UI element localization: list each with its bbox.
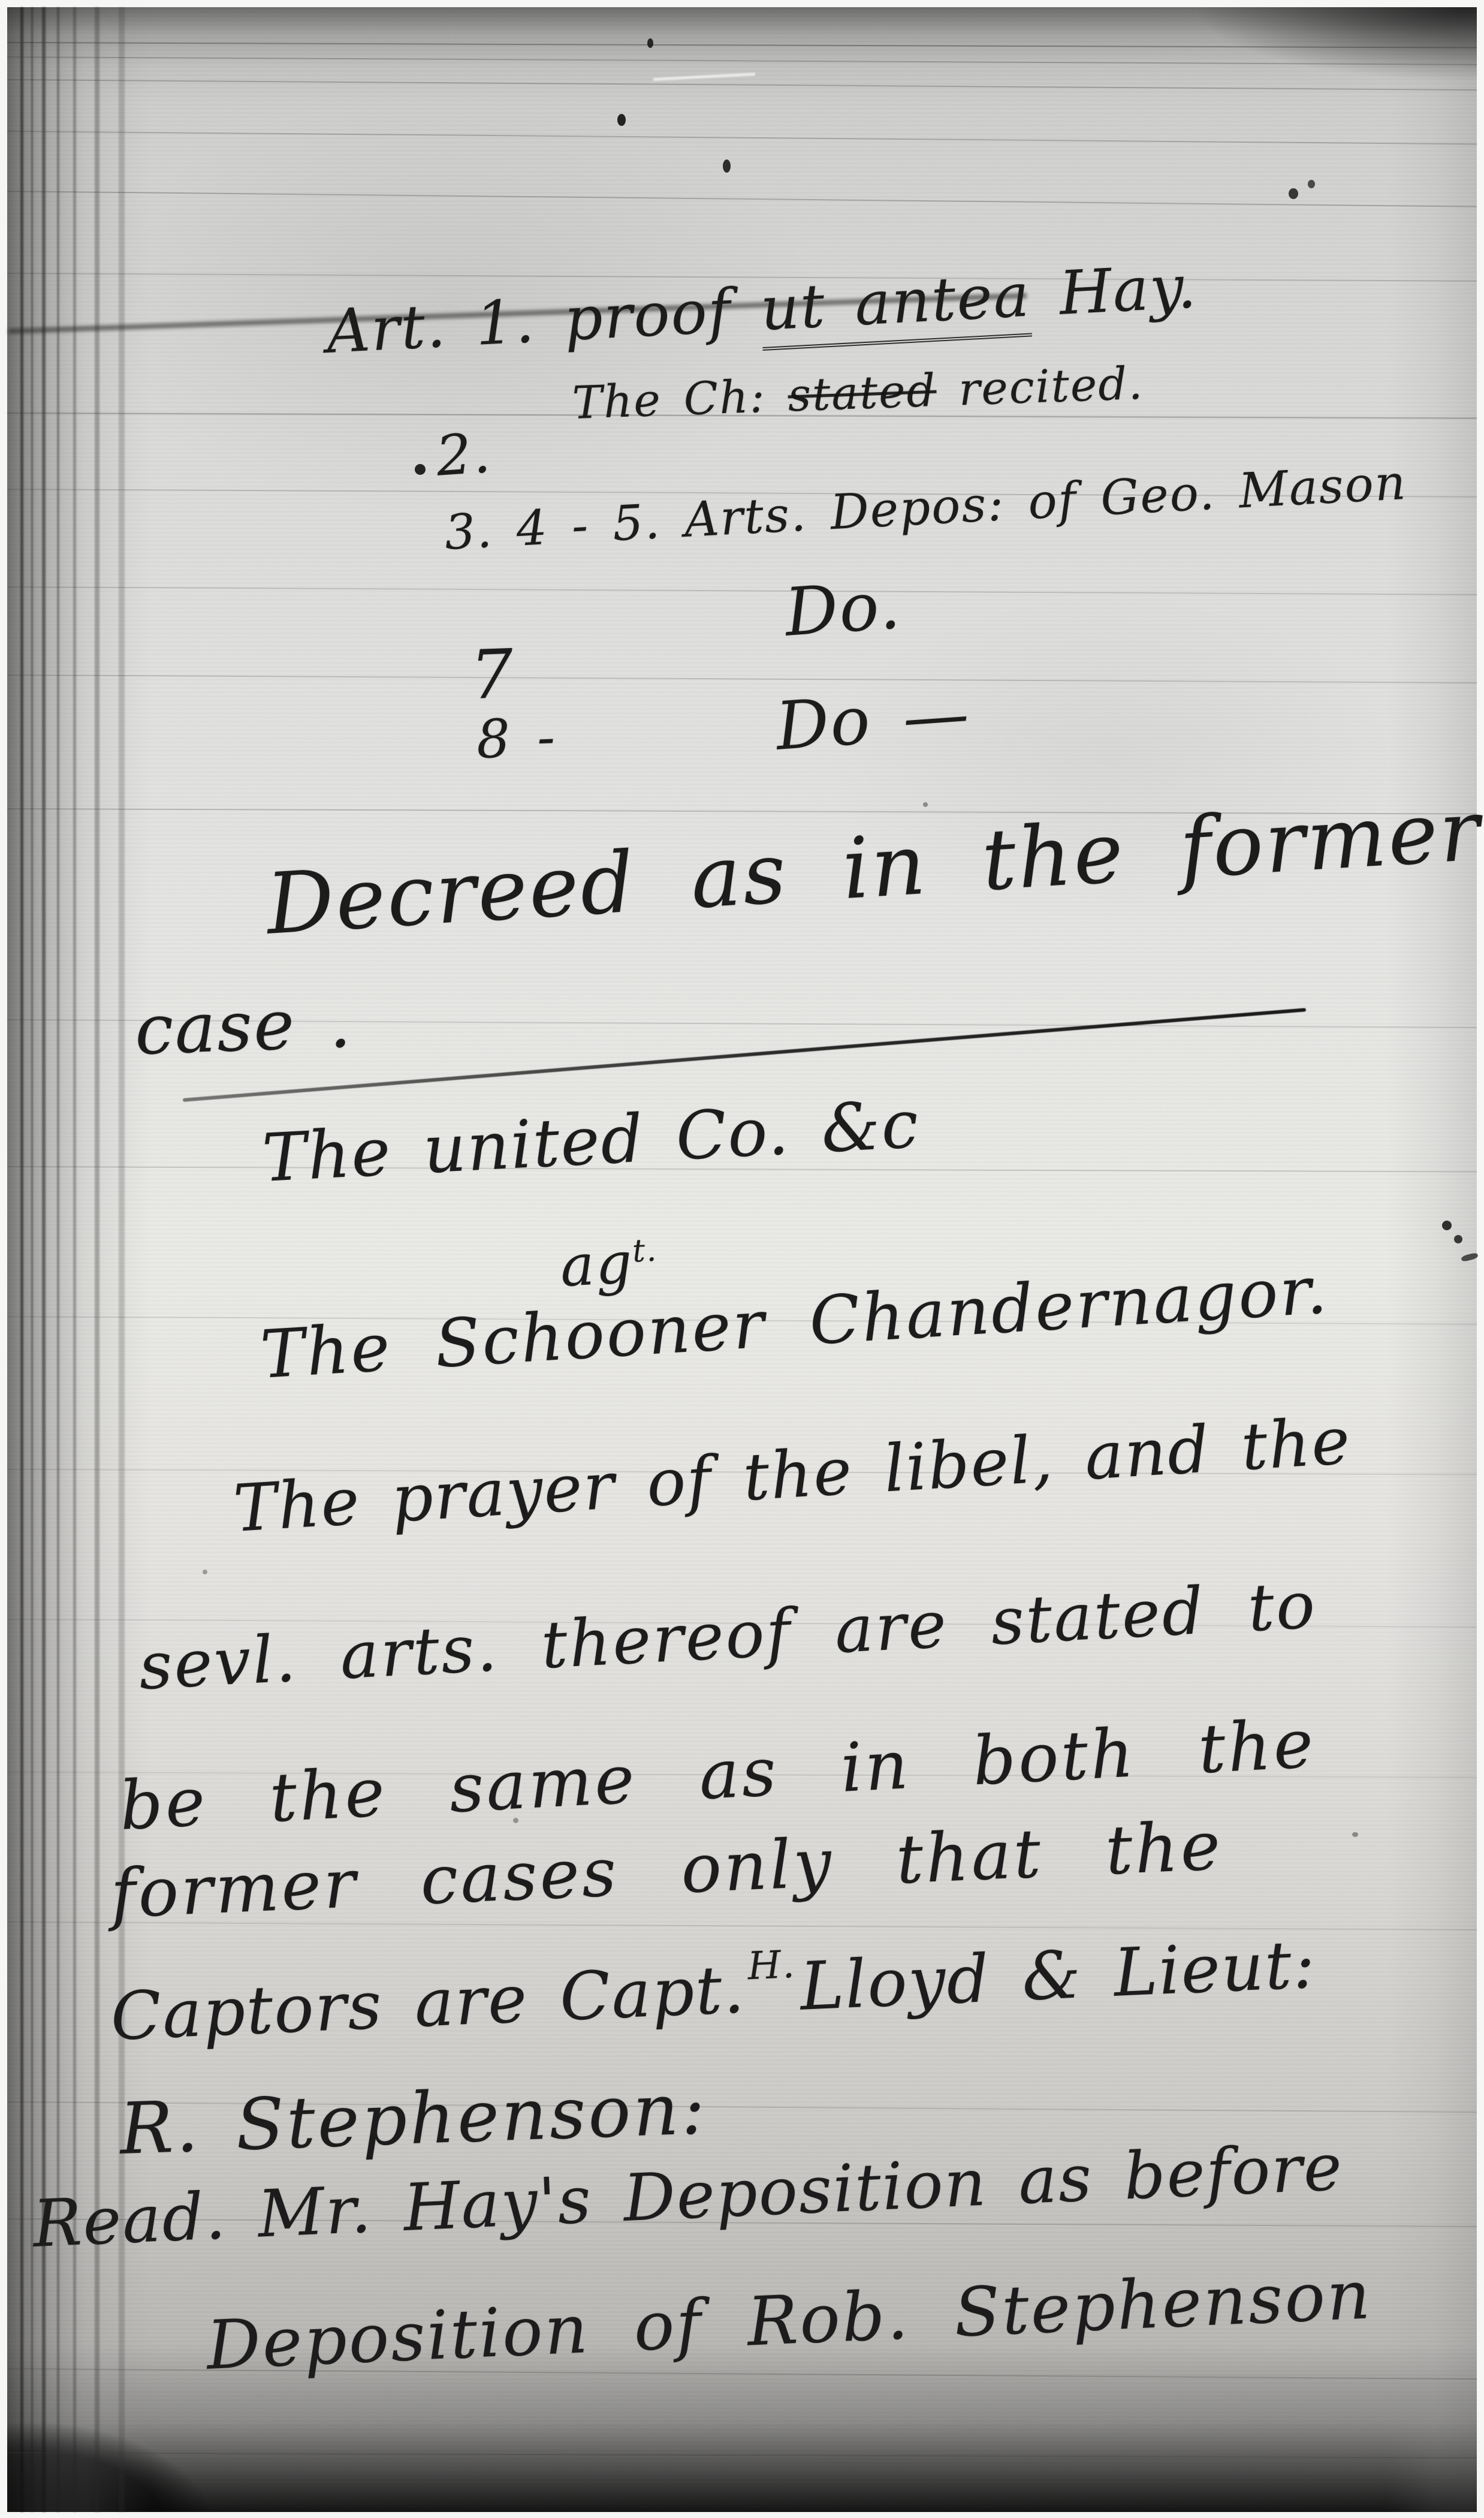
ink-speck: [617, 114, 626, 126]
charge-struck-word: stated: [787, 364, 937, 422]
manuscript-item-8: 8 -: [475, 706, 557, 770]
scanned-page: Art. 1. proof ut antea Hay. The Ch: stat…: [0, 0, 1484, 2518]
ink-speck: [1442, 1221, 1452, 1230]
manuscript-item-2: 2.: [434, 421, 493, 489]
ink-speck: [723, 159, 731, 173]
body-line5-superscript: H.: [747, 1942, 797, 1989]
ink-speck: [1352, 1832, 1358, 1837]
art1-suffix: Hay.: [1028, 251, 1199, 330]
binding-streak: [20, 7, 23, 2512]
caption-versus: agt.: [559, 1229, 660, 1300]
binding-streak: [42, 7, 46, 2512]
ink-speck: [647, 38, 653, 48]
binding-streak: [95, 7, 99, 2512]
manuscript-ditto-2: Do —: [774, 675, 973, 765]
ink-speck: [1289, 188, 1298, 199]
ink-speck: [1454, 1235, 1462, 1243]
versus-base: ag: [559, 1230, 635, 1300]
binding-streak: [57, 7, 59, 2512]
ink-speck: [203, 1570, 207, 1574]
ink-speck: [1308, 180, 1315, 188]
manuscript-item-7: 7: [469, 635, 516, 714]
ink-speck: [923, 802, 928, 807]
ink-speck: [415, 464, 426, 475]
binding-streak: [73, 7, 76, 2512]
manuscript-ditto-1: Do.: [783, 567, 904, 651]
charge-prefix: The Ch:: [571, 369, 789, 429]
charge-suffix: recited.: [936, 357, 1145, 417]
art1-underlined-phrase: ut antea: [759, 260, 1032, 351]
versus-superscript: t.: [632, 1233, 659, 1270]
decree-line-2: case .: [134, 983, 354, 1071]
binding-streak: [31, 7, 33, 2512]
